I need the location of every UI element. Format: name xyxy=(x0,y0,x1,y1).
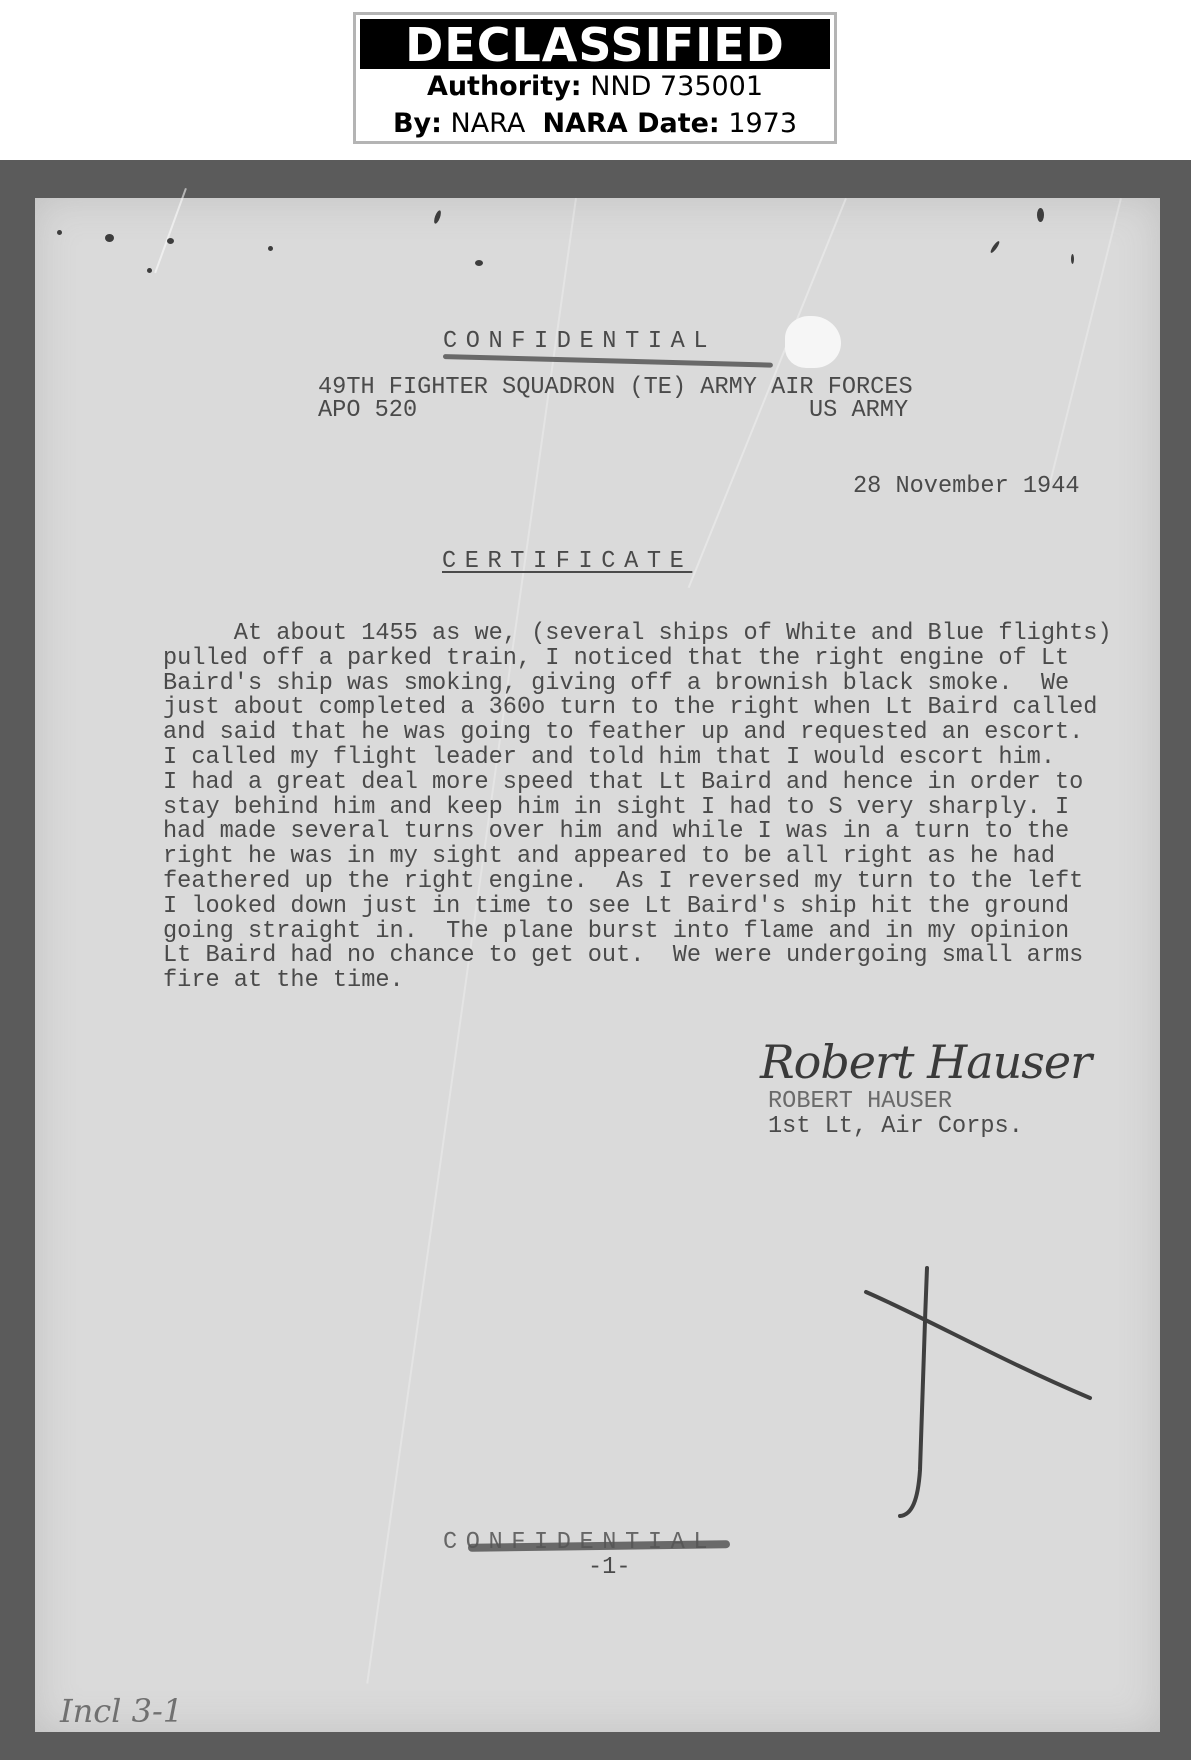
stamp-authority: Authority: NND 735001 xyxy=(356,71,834,103)
body-line: stay behind him and keep him in sight I … xyxy=(163,796,1069,821)
speck xyxy=(475,260,483,266)
body-line: I looked down just in time to see Lt Bai… xyxy=(163,895,1069,920)
stamp-by-date: By: NARA NARA Date: 1973 xyxy=(356,108,834,140)
body-line: and said that he was going to feather up… xyxy=(163,721,1083,746)
speck xyxy=(268,246,273,251)
scratch xyxy=(154,188,186,273)
body-line: Baird's ship was smoking, giving off a b… xyxy=(163,672,1069,697)
body-line: fire at the time. xyxy=(163,969,404,994)
document-date: 28 November 1944 xyxy=(853,475,1080,500)
handwritten-note: Incl 3-1 xyxy=(60,1692,183,1730)
body-line: Lt Baird had no chance to get out. We we… xyxy=(163,944,1083,969)
signatory-rank: 1st Lt, Air Corps. xyxy=(768,1115,1023,1140)
speck xyxy=(433,210,442,225)
body-line: I called my flight leader and told him t… xyxy=(163,746,1055,771)
speck xyxy=(1071,254,1074,264)
body-line: At about 1455 as we, (several ships of W… xyxy=(163,622,1112,647)
body-line: right he was in my sight and appeared to… xyxy=(163,845,1055,870)
body-line: feathered up the right engine. As I reve… xyxy=(163,870,1083,895)
scratch xyxy=(1047,198,1121,489)
date-label: NARA Date: xyxy=(543,108,720,139)
declassified-stamp: DECLASSIFIED Authority: NND 735001 By: N… xyxy=(353,12,837,144)
stamp-title: DECLASSIFIED xyxy=(360,19,830,69)
branch-line: US ARMY xyxy=(809,399,908,424)
by-value: NARA xyxy=(451,108,526,139)
authority-label: Authority: xyxy=(427,71,582,102)
speck xyxy=(57,230,62,235)
body-line: had made several turns over him and whil… xyxy=(163,820,1069,845)
speck xyxy=(105,234,114,242)
speck xyxy=(1037,208,1044,222)
handwritten-signature: Robert Hauser xyxy=(760,1035,1091,1089)
paper-blot xyxy=(785,316,841,368)
date-value: 1973 xyxy=(728,108,797,139)
body-line: just about completed a 360o turn to the … xyxy=(163,696,1097,721)
speck xyxy=(147,268,152,273)
signatory-name: ROBERT HAUSER xyxy=(768,1090,952,1115)
apo-line: APO 520 xyxy=(318,399,417,424)
document-title: CERTIFICATE xyxy=(442,550,692,575)
body-line: going straight in. The plane burst into … xyxy=(163,920,1069,945)
body-line: pulled off a parked train, I noticed tha… xyxy=(163,647,1069,672)
speck xyxy=(989,240,1000,254)
body-line: I had a great deal more speed that Lt Ba… xyxy=(163,771,1083,796)
speck xyxy=(167,238,174,244)
by-label: By: xyxy=(393,108,442,139)
authority-value: NND 735001 xyxy=(590,71,763,102)
page-number: -1- xyxy=(588,1556,630,1581)
classification-top: CONFIDENTIAL xyxy=(443,330,716,355)
